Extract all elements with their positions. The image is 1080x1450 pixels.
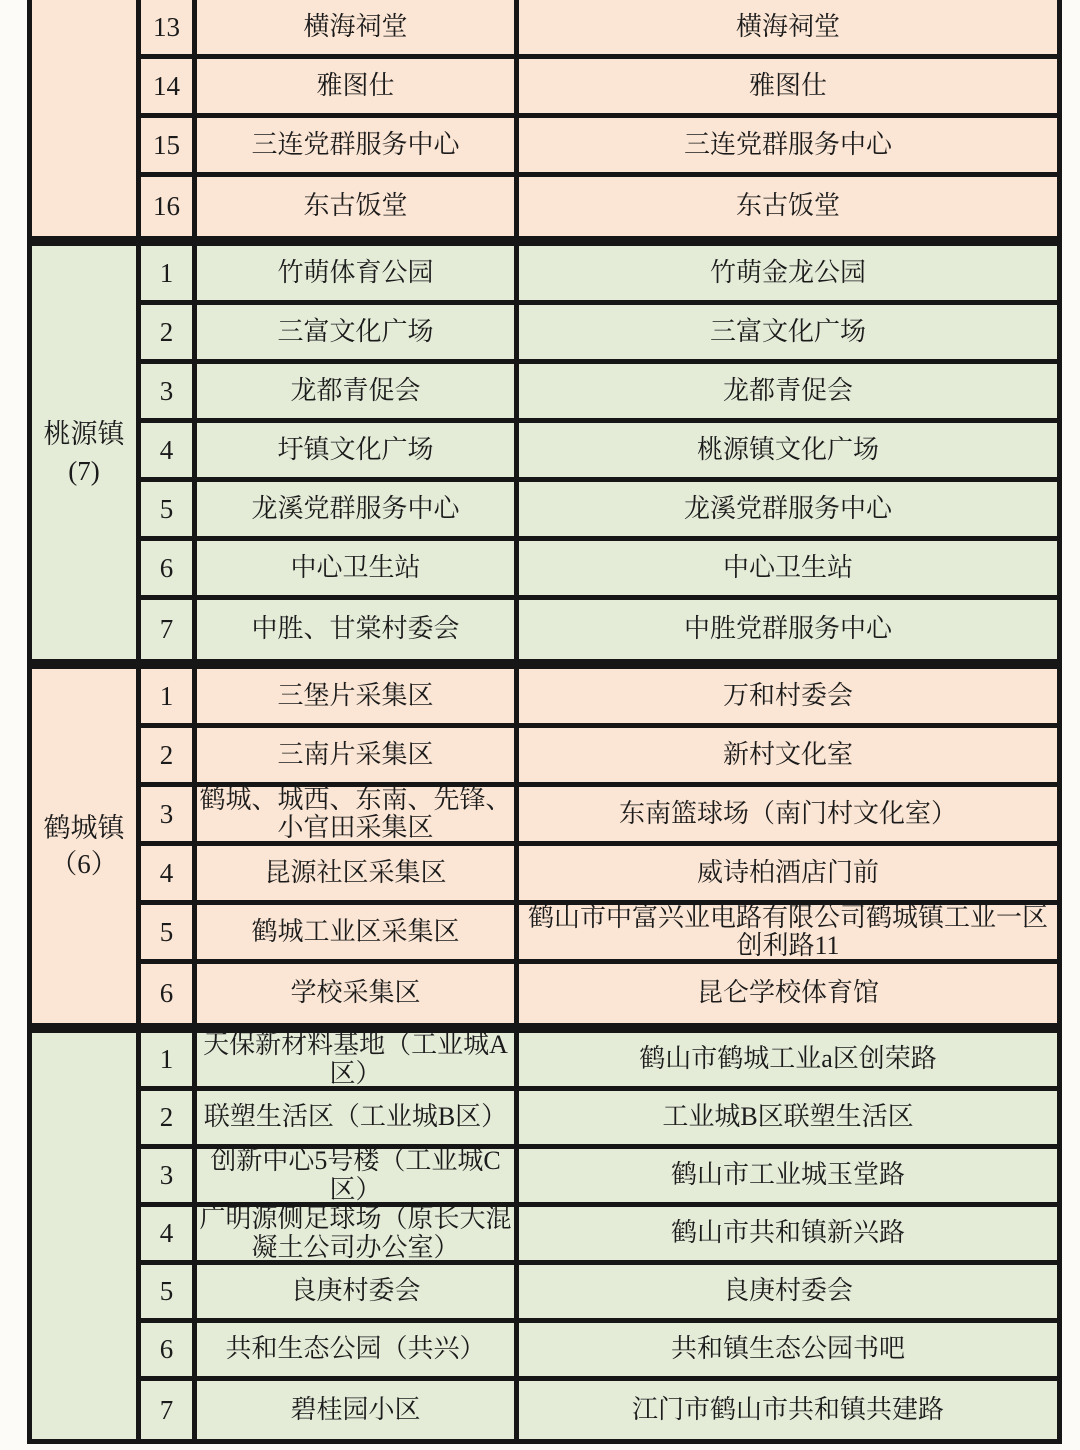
page-background: { "table": { "colors": { "peach_row_bg":… [0, 0, 1080, 1450]
site-name-cell: 天保新材料基地（工业城A区） [197, 1033, 519, 1086]
row-number-cell: 1 [141, 1033, 197, 1086]
section-rows: 1三堡片采集区万和村委会2三南片采集区新村文化室3鹤城、城西、东南、先锋、小官田… [141, 669, 1057, 1023]
row-number-cell: 15 [141, 118, 197, 172]
table-row: 1三堡片采集区万和村委会 [141, 669, 1057, 728]
town-section: 鹤城镇 （6）1三堡片采集区万和村委会2三南片采集区新村文化室3鹤城、城西、东南… [32, 659, 1057, 1023]
table-row: 2三南片采集区新村文化室 [141, 728, 1057, 787]
table-row: 1天保新材料基地（工业城A区）鹤山市鹤城工业a区创荣路 [141, 1033, 1057, 1091]
site-name-cell: 圩镇文化广场 [197, 423, 519, 477]
site-name-cell: 三南片采集区 [197, 728, 519, 782]
site-name-cell: 学校采集区 [197, 964, 519, 1023]
address-cell: 鹤山市鹤城工业a区创荣路 [519, 1033, 1057, 1086]
address-cell: 中心卫生站 [519, 541, 1057, 595]
table-row: 2联塑生活区（工业城B区）工业城B区联塑生活区 [141, 1091, 1057, 1149]
table-row: 16东古饭堂东古饭堂 [141, 177, 1057, 236]
table-row: 4昆源社区采集区威诗柏酒店门前 [141, 846, 1057, 905]
table-row: 6中心卫生站中心卫生站 [141, 541, 1057, 600]
table-row: 6学校采集区昆仑学校体育馆 [141, 964, 1057, 1023]
site-name-cell: 中胜、甘棠村委会 [197, 600, 519, 659]
address-cell: 龙溪党群服务中心 [519, 482, 1057, 536]
address-cell: 东古饭堂 [519, 177, 1057, 236]
row-number-cell: 2 [141, 728, 197, 782]
table-row: 2三富文化广场三富文化广场 [141, 305, 1057, 364]
address-cell: 桃源镇文化广场 [519, 423, 1057, 477]
row-number-cell: 16 [141, 177, 197, 236]
town-section: 13横海祠堂横海祠堂14雅图仕雅图仕15三连党群服务中心三连党群服务中心16东古… [32, 0, 1057, 236]
row-number-cell: 6 [141, 541, 197, 595]
site-name-cell: 横海祠堂 [197, 0, 519, 54]
table-row: 7中胜、甘棠村委会中胜党群服务中心 [141, 600, 1057, 659]
address-cell: 万和村委会 [519, 669, 1057, 723]
row-number-cell: 4 [141, 423, 197, 477]
site-name-cell: 雅图仕 [197, 59, 519, 113]
town-label [32, 1033, 141, 1439]
section-rows: 1天保新材料基地（工业城A区）鹤山市鹤城工业a区创荣路2联塑生活区（工业城B区）… [141, 1033, 1057, 1439]
address-cell: 三富文化广场 [519, 305, 1057, 359]
section-rows: 13横海祠堂横海祠堂14雅图仕雅图仕15三连党群服务中心三连党群服务中心16东古… [141, 0, 1057, 236]
row-number-cell: 6 [141, 1323, 197, 1376]
site-name-cell: 创新中心5号楼（工业城C区） [197, 1149, 519, 1202]
table-row: 6共和生态公园（共兴）共和镇生态公园书吧 [141, 1323, 1057, 1381]
row-number-cell: 2 [141, 1091, 197, 1144]
town-label: 桃源镇 (7) [32, 246, 141, 659]
town-section: 1天保新材料基地（工业城A区）鹤山市鹤城工业a区创荣路2联塑生活区（工业城B区）… [32, 1023, 1057, 1439]
site-name-cell: 昆源社区采集区 [197, 846, 519, 900]
site-name-cell: 中心卫生站 [197, 541, 519, 595]
row-number-cell: 1 [141, 246, 197, 300]
row-number-cell: 14 [141, 59, 197, 113]
site-name-cell: 龙溪党群服务中心 [197, 482, 519, 536]
town-section: 桃源镇 (7)1竹萌体育公园竹萌金龙公园2三富文化广场三富文化广场3龙都青促会龙… [32, 236, 1057, 659]
row-number-cell: 5 [141, 482, 197, 536]
address-cell: 昆仑学校体育馆 [519, 964, 1057, 1023]
table-row: 15三连党群服务中心三连党群服务中心 [141, 118, 1057, 177]
address-cell: 良庚村委会 [519, 1265, 1057, 1318]
address-cell: 江门市鹤山市共和镇共建路 [519, 1381, 1057, 1439]
table-row: 4广明源侧足球场（原长大混凝土公司办公室）鹤山市共和镇新兴路 [141, 1207, 1057, 1265]
address-cell: 龙都青促会 [519, 364, 1057, 418]
address-cell: 东南篮球场（南门村文化室） [519, 787, 1057, 841]
address-cell: 工业城B区联塑生活区 [519, 1091, 1057, 1144]
address-cell: 新村文化室 [519, 728, 1057, 782]
town-label [32, 0, 141, 236]
table-row: 5龙溪党群服务中心龙溪党群服务中心 [141, 482, 1057, 541]
site-name-cell: 共和生态公园（共兴） [197, 1323, 519, 1376]
row-number-cell: 3 [141, 364, 197, 418]
site-name-cell: 龙都青促会 [197, 364, 519, 418]
site-name-cell: 鹤城工业区采集区 [197, 905, 519, 959]
address-cell: 横海祠堂 [519, 0, 1057, 54]
site-name-cell: 碧桂园小区 [197, 1381, 519, 1439]
table-row: 3龙都青促会龙都青促会 [141, 364, 1057, 423]
table-row: 5良庚村委会良庚村委会 [141, 1265, 1057, 1323]
table-row: 14雅图仕雅图仕 [141, 59, 1057, 118]
town-label: 鹤城镇 （6） [32, 669, 141, 1023]
site-name-cell: 良庚村委会 [197, 1265, 519, 1318]
table-row: 4圩镇文化广场桃源镇文化广场 [141, 423, 1057, 482]
address-cell: 三连党群服务中心 [519, 118, 1057, 172]
site-name-cell: 三连党群服务中心 [197, 118, 519, 172]
site-name-cell: 广明源侧足球场（原长大混凝土公司办公室） [197, 1207, 519, 1260]
row-number-cell: 3 [141, 1149, 197, 1202]
address-cell: 共和镇生态公园书吧 [519, 1323, 1057, 1376]
table-row: 13横海祠堂横海祠堂 [141, 0, 1057, 59]
address-cell: 雅图仕 [519, 59, 1057, 113]
row-number-cell: 6 [141, 964, 197, 1023]
table-row: 3创新中心5号楼（工业城C区）鹤山市工业城玉堂路 [141, 1149, 1057, 1207]
site-name-cell: 东古饭堂 [197, 177, 519, 236]
table-row: 1竹萌体育公园竹萌金龙公园 [141, 246, 1057, 305]
address-cell: 竹萌金龙公园 [519, 246, 1057, 300]
row-number-cell: 5 [141, 905, 197, 959]
address-cell: 威诗柏酒店门前 [519, 846, 1057, 900]
address-cell: 鹤山市工业城玉堂路 [519, 1149, 1057, 1202]
row-number-cell: 4 [141, 1207, 197, 1260]
row-number-cell: 13 [141, 0, 197, 54]
table-row: 5鹤城工业区采集区鹤山市中富兴业电路有限公司鹤城镇工业一区创利路11 [141, 905, 1057, 964]
site-name-cell: 联塑生活区（工业城B区） [197, 1091, 519, 1144]
site-name-cell: 三堡片采集区 [197, 669, 519, 723]
row-number-cell: 7 [141, 1381, 197, 1439]
row-number-cell: 7 [141, 600, 197, 659]
row-number-cell: 1 [141, 669, 197, 723]
row-number-cell: 4 [141, 846, 197, 900]
site-name-cell: 鹤城、城西、东南、先锋、小官田采集区 [197, 787, 519, 841]
table-row: 3鹤城、城西、东南、先锋、小官田采集区东南篮球场（南门村文化室） [141, 787, 1057, 846]
address-cell: 鹤山市共和镇新兴路 [519, 1207, 1057, 1260]
row-number-cell: 2 [141, 305, 197, 359]
collection-sites-table: 13横海祠堂横海祠堂14雅图仕雅图仕15三连党群服务中心三连党群服务中心16东古… [27, 0, 1062, 1444]
table-row: 7碧桂园小区江门市鹤山市共和镇共建路 [141, 1381, 1057, 1439]
address-cell: 鹤山市中富兴业电路有限公司鹤城镇工业一区创利路11 [519, 905, 1057, 959]
row-number-cell: 3 [141, 787, 197, 841]
row-number-cell: 5 [141, 1265, 197, 1318]
address-cell: 中胜党群服务中心 [519, 600, 1057, 659]
site-name-cell: 竹萌体育公园 [197, 246, 519, 300]
section-rows: 1竹萌体育公园竹萌金龙公园2三富文化广场三富文化广场3龙都青促会龙都青促会4圩镇… [141, 246, 1057, 659]
site-name-cell: 三富文化广场 [197, 305, 519, 359]
